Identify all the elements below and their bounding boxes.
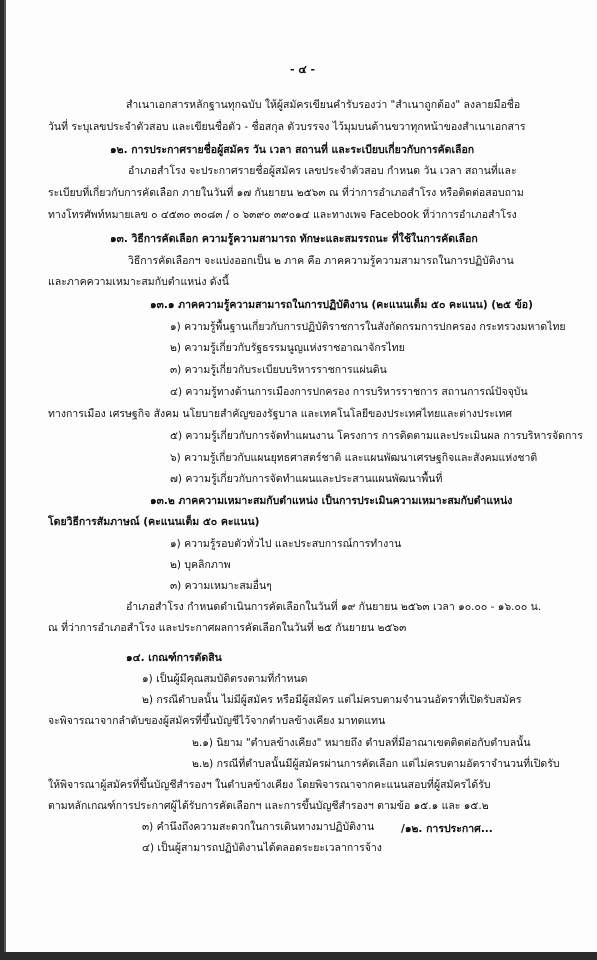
document-line: ๓) ความเหมาะสมอื่นๆ [170,579,272,593]
document-line: ๑๓. วิธีการคัดเลือก ความรู้ความสามารถ ทั… [110,232,478,246]
document-line: ๒) กรณีตำบลนั้น ไม่มีผู้สมัคร หรือมีผู้ส… [142,693,522,707]
document-line: ๒.๑) นิยาม "ตำบลข้างเคียง" หมายถึง ตำบลท… [192,736,531,750]
page-number: - ๔ - [290,63,315,77]
document-line: และภาคความเหมาะสมกับตำแหน่ง ดังนี้ [48,275,229,289]
document-line: วันที่ ระบุเลขประจำตัวสอบ และเขียนชื่อตั… [48,120,525,134]
document-line: จะพิจารณาจากลำดับของผู้สมัครที่ขึ้นบัญชี… [48,714,385,728]
document-line: ๕) ความรู้เกี่ยวกับการจัดทำแผนงาน โครงกา… [170,429,583,443]
document-line: ๓) ความรู้เกี่ยวกับระเบียบบริหารราชการแผ… [170,363,387,377]
document-line: ๒) บุคลิกภาพ [170,558,231,572]
document-line: ๑๒. การประกาศรายชื่อผู้สมัคร วัน เวลา สถ… [110,143,474,157]
document-line: ๑๔. เกณฑ์การตัดสิน [126,651,222,665]
document-line: ระเบียบที่เกี่ยวกับการคัดเลือก ภายในวันท… [48,186,524,200]
document-line: อำเภอสำโรง กำหนดดำเนินการคัดเลือกในวันที… [126,600,541,614]
document-line: ๒.๒) กรณีที่ตำบลนั้นมีผู้สมัครผ่านการคัด… [192,757,560,771]
continuation-footer: /๑๒. การประกาศ... [401,822,493,836]
document-line: ๑) เป็นผู้มีคุณสมบัติตรงตามที่กำหนด [142,672,308,686]
document-line: ๔) ความรู้ทางด้านการเมืองการปกครอง การบร… [170,385,528,399]
document-line: ๓) คำนึงถึงความสะดวกในการเดินทางมาปฏิบัต… [142,820,374,834]
document-line: ให้พิจารณาผู้สมัครที่ขึ้นบัญชีสำรองฯ ในต… [48,778,491,792]
document-line: ๑๓.๒ ภาคความเหมาะสมกับตำแหน่ง เป็นการประ… [150,494,512,508]
document-line: ทางโทรศัพท์หมายเลข ๐ ๔๕๓๐ ๓๐๘๓ / ๐ ๖๓๙๐ … [48,208,517,222]
document-line: วิธีการคัดเลือกฯ จะแบ่งออกเป็น ๒ ภาค คือ… [128,254,514,268]
document-line: โดยวิธีการสัมภาษณ์ (คะแนนเต็ม ๕๐ คะแนน) [48,515,259,529]
document-line: ทางการเมือง เศรษฐกิจ สังคม นโยบายสำคัญขอ… [48,407,512,421]
document-line: ๑) ความรู้รอบตัวทั่วไป และประสบการณ์การท… [170,537,401,551]
document-line: ๒) ความรู้เกี่ยวกับรัฐธรรมนูญแห่งราชอาณา… [170,341,405,355]
document-line: สำเนาเอกสารหลักฐานทุกฉบับ ให้ผู้สมัครเขี… [126,98,520,112]
document-line: อำเภอสำโรง จะประกาศรายชื่อผู้สมัคร เลขปร… [128,164,517,178]
document-page: - ๔ - สำเนาเอกสารหลักฐานทุกฉบับ ให้ผู้สม… [4,0,597,952]
document-line: ณ ที่ว่าการอำเภอสำโรง และประกาศผลการคัดเ… [48,621,406,635]
document-line: ๔) เป็นผู้สามารถปฏิบัติงานได้ตลอดระยะเวล… [142,841,382,855]
document-line: ๑๓.๑ ภาคความรู้ความสามารถในการปฏิบัติงาน… [150,298,533,312]
document-line: ๖) ความรู้เกี่ยวกับแผนยุทธศาสตร์ชาติ และ… [170,451,537,465]
document-line: ตามหลักเกณฑ์การประกาศผู้ได้รับการคัดเลือ… [48,799,489,813]
document-line: ๑) ความรู้พื้นฐานเกี่ยวกับการปฏิบัติราชก… [170,320,566,334]
document-line: ๗) ความรู้เกี่ยวกับการจัดทำแผนและประสานแ… [170,472,442,486]
